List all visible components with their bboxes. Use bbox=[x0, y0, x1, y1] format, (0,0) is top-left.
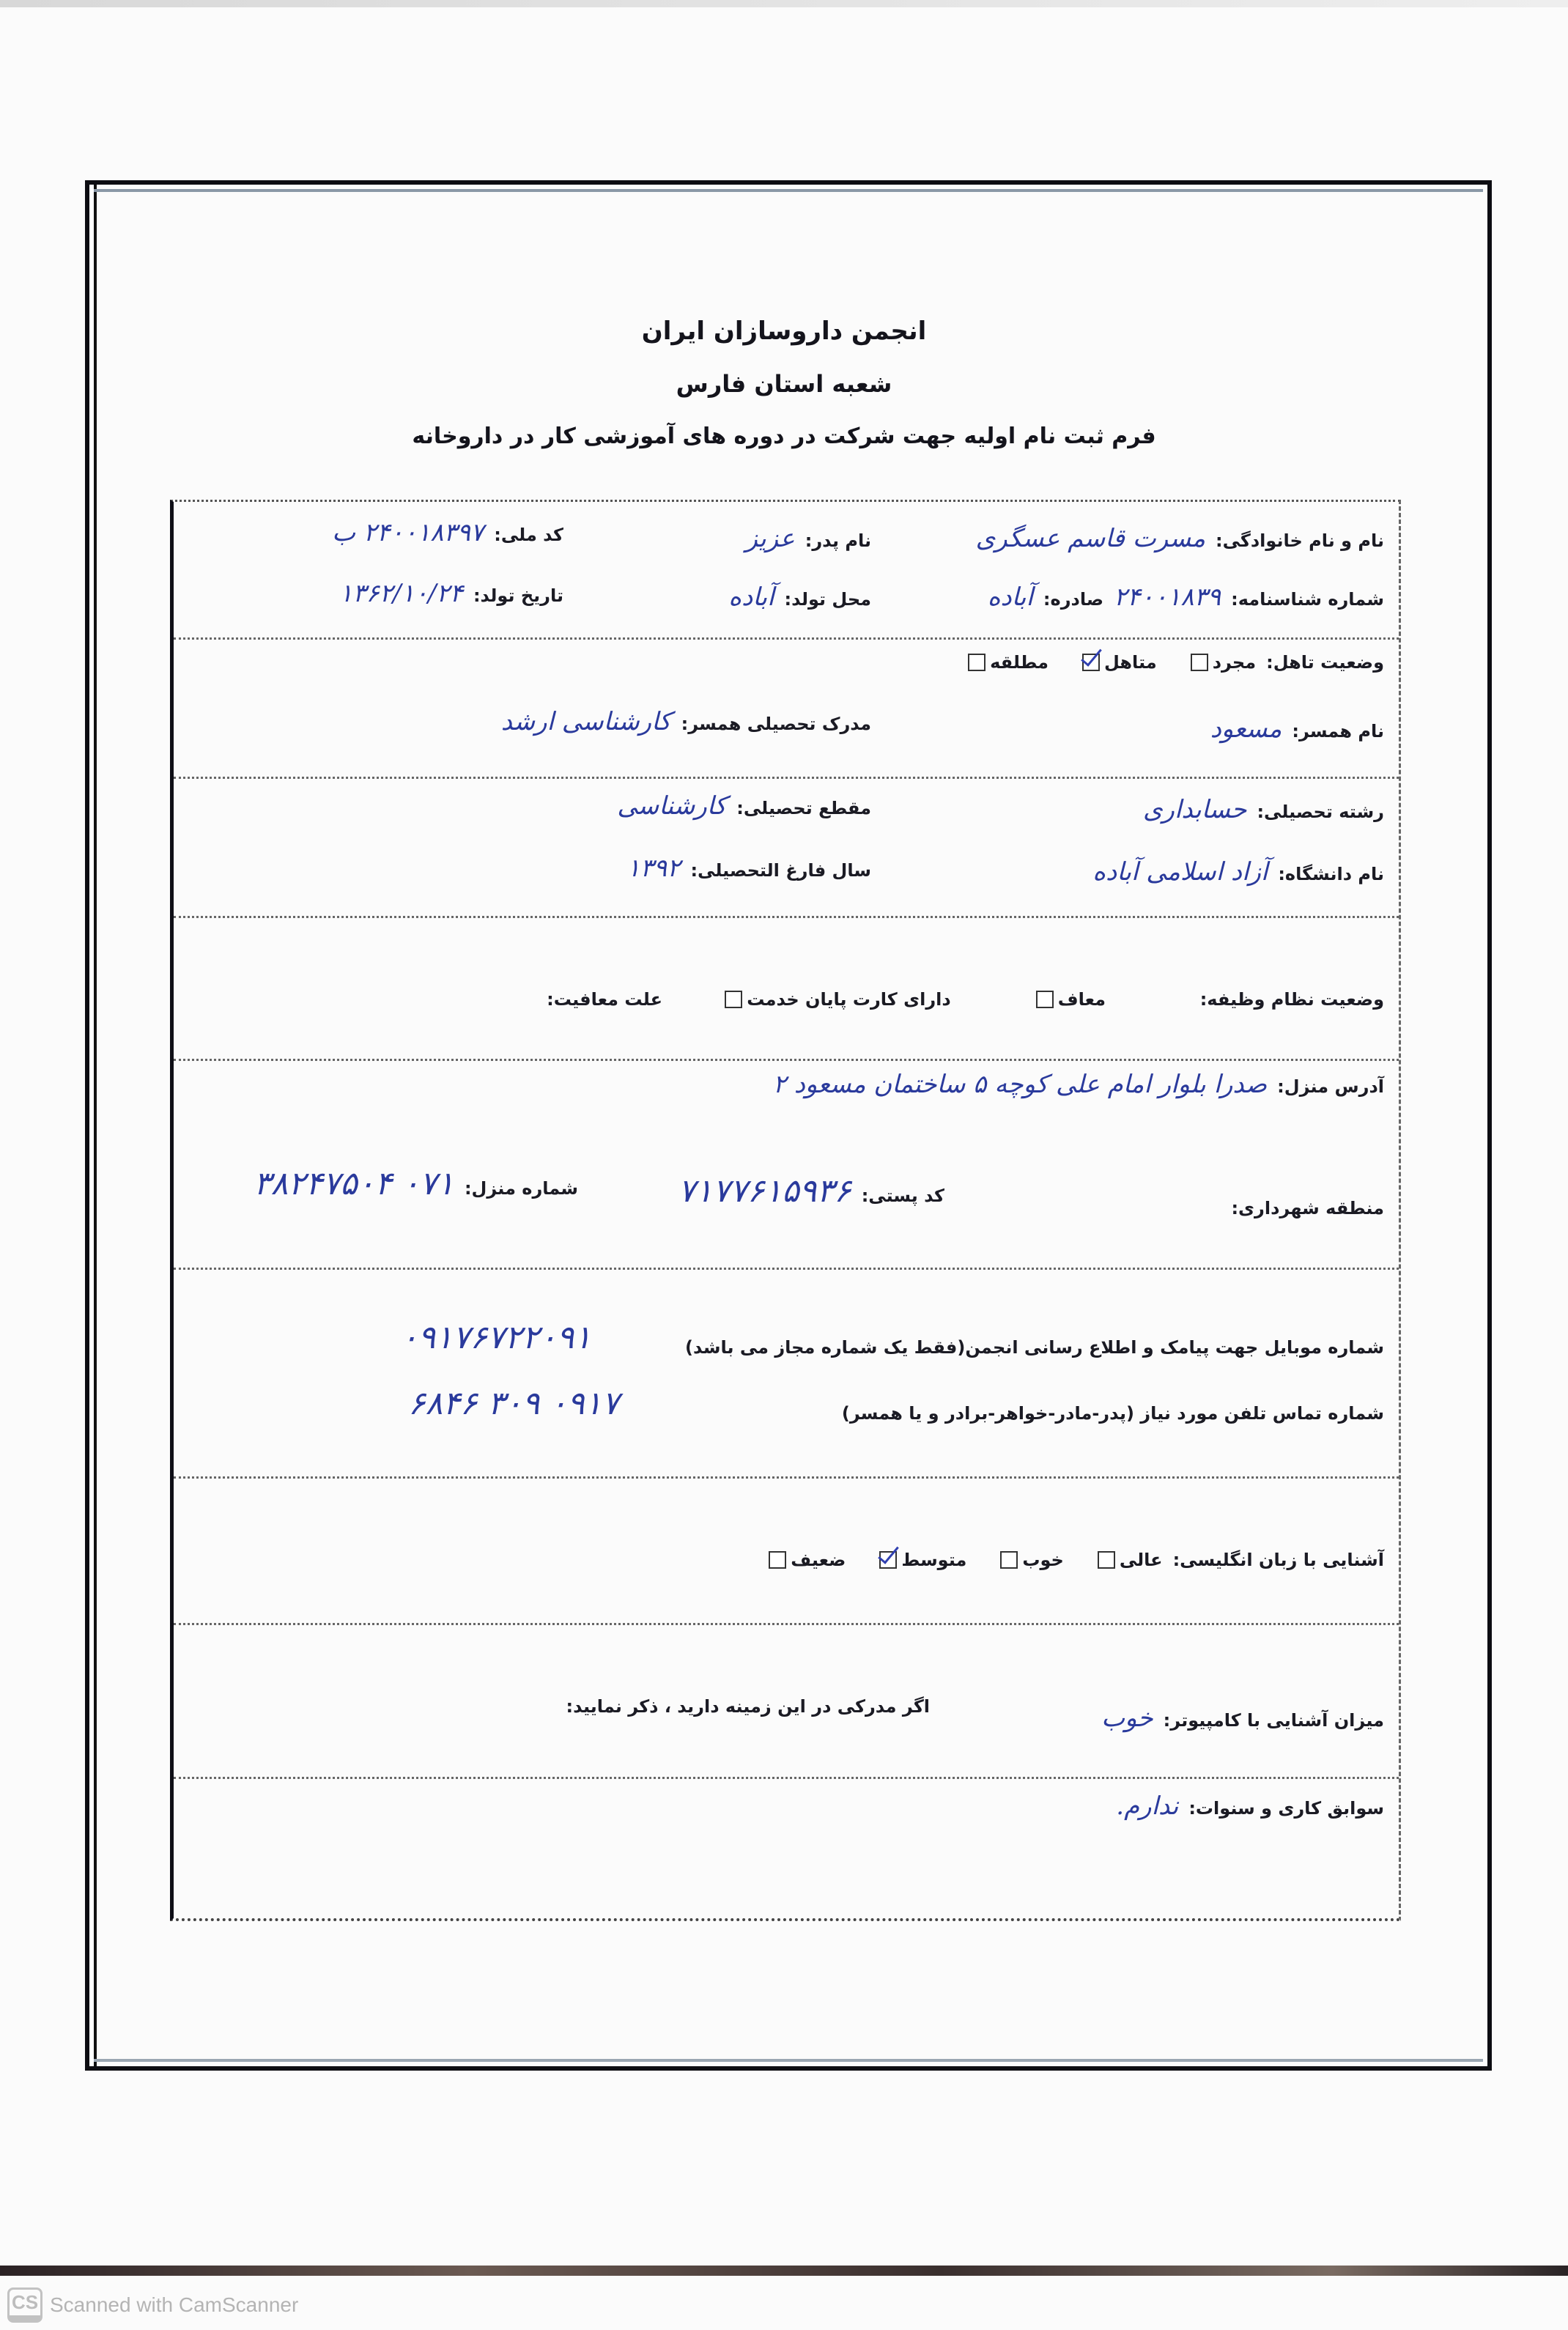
full-name-value: مسرت قاسم عسگری bbox=[976, 524, 1205, 553]
study-field-label: رشته تحصیلی: bbox=[1257, 802, 1384, 822]
field-municipal-zone: منطقه شهرداری: bbox=[1221, 1198, 1384, 1218]
field-home-phone: شماره منزل: ۰۷۱ ۳۸۲۴۷۵۰۴ bbox=[254, 1165, 578, 1202]
birth-date-value: ۱۳۶۲/۱۰/۲۴ bbox=[339, 579, 463, 608]
study-field-value: حسابداری bbox=[1143, 795, 1247, 824]
emergency-label: شماره تماس تلفن مورد نیاز (پدر-مادر-خواه… bbox=[842, 1403, 1384, 1424]
emergency-value: ۰۹۱۷ ۳۰۹ ۶۸۴۶ bbox=[408, 1385, 619, 1422]
study-level-value: کارشناسی bbox=[617, 791, 726, 821]
field-grad-year: سال فارغ التحصیلی: ۱۳۹۲ bbox=[626, 854, 871, 883]
camscanner-watermark: CS Scanned with CamScanner bbox=[7, 2288, 298, 2323]
field-birth-date: تاریخ تولد: ۱۳۶۲/۱۰/۲۴ bbox=[339, 579, 563, 608]
form-title: فرم ثبت نام اولیه جهت شرکت در دوره های آ… bbox=[0, 424, 1568, 449]
field-full-name: نام و نام خانوادگی: مسرت قاسم عسگری bbox=[976, 524, 1384, 553]
option-service-card[interactable]: دارای کارت پایان خدمت bbox=[720, 989, 951, 1010]
checkbox-married[interactable] bbox=[1082, 654, 1100, 671]
section-personal: نام و نام خانوادگی: مسرت قاسم عسگری نام … bbox=[174, 502, 1399, 640]
father-name-label: نام پدر: bbox=[805, 530, 871, 551]
option-good-label: خوب bbox=[1022, 1550, 1063, 1570]
option-average[interactable]: متوسط bbox=[875, 1550, 966, 1570]
spouse-degree-label: مدرک تحصیلی همسر: bbox=[681, 714, 871, 734]
spouse-name-value: مسعود bbox=[1210, 714, 1282, 744]
option-exempt[interactable]: معاف bbox=[1032, 989, 1106, 1010]
option-weak-label: ضعیف bbox=[791, 1550, 846, 1570]
field-mobile: شماره موبایل جهت پیامک و اطلاع رسانی انج… bbox=[685, 1337, 1384, 1358]
home-phone-value: ۰۷۱ ۳۸۲۴۷۵۰۴ bbox=[254, 1165, 454, 1202]
checkbox-divorced[interactable] bbox=[968, 654, 985, 671]
field-english: آشنایی با زبان انگلیسی: عالی خوب متوسط ض… bbox=[745, 1550, 1384, 1570]
field-military-status: وضعیت نظام وظیفه: bbox=[1200, 989, 1384, 1010]
section-address: آدرس منزل: صدرا بلوار امام علی کوچه ۵ سا… bbox=[174, 1059, 1399, 1270]
camscanner-logo-icon: CS bbox=[7, 2288, 42, 2323]
grad-year-value: ۱۳۹۲ bbox=[626, 854, 680, 883]
experience-label: سوابق کاری و سنوات: bbox=[1188, 1798, 1384, 1819]
field-birth-place: محل تولد: آباده bbox=[728, 582, 871, 612]
computer-certificate-label: اگر مدرکی در این زمینه دارید ، ذکر نمایی… bbox=[566, 1696, 930, 1717]
option-exempt-label: معاف bbox=[1058, 989, 1106, 1010]
spouse-degree-value: کارشناسی ارشد bbox=[501, 707, 671, 736]
form-box: نام و نام خانوادگی: مسرت قاسم عسگری نام … bbox=[170, 500, 1401, 1921]
field-emergency-value: ۰۹۱۷ ۳۰۹ ۶۸۴۶ bbox=[408, 1385, 619, 1422]
field-marital-status: وضعیت تاهل: مجرد متاهل مطلقه bbox=[944, 652, 1384, 673]
mobile-label: شماره موبایل جهت پیامک و اطلاع رسانی انج… bbox=[685, 1337, 1384, 1358]
section-contact: شماره موبایل جهت پیامک و اطلاع رسانی انج… bbox=[174, 1268, 1399, 1479]
experience-value: ندارم. bbox=[1116, 1791, 1178, 1821]
option-average-label: متوسط bbox=[901, 1550, 966, 1570]
checkbox-average[interactable] bbox=[879, 1551, 897, 1569]
full-name-label: نام و نام خانوادگی: bbox=[1216, 530, 1384, 551]
postal-code-value: ۷۱۷۷۶۱۵۹۳۶ bbox=[678, 1172, 851, 1210]
watermark-text: Scanned with CamScanner bbox=[50, 2293, 298, 2317]
organization-title: انجمن داروسازان ایران bbox=[0, 317, 1568, 346]
field-id-number: شماره شناسنامه: ۲۴۰۰۱۸۳۹ صادره: آباده bbox=[988, 582, 1384, 612]
field-exemption-reason: علت معافیت: bbox=[536, 989, 662, 1010]
section-education: رشته تحصیلی: حسابداری مقطع تحصیلی: کارشن… bbox=[174, 777, 1399, 918]
field-emergency: شماره تماس تلفن مورد نیاز (پدر-مادر-خواه… bbox=[842, 1403, 1384, 1424]
checkbox-weak[interactable] bbox=[769, 1551, 786, 1569]
field-experience: سوابق کاری و سنوات: ندارم. bbox=[1116, 1791, 1384, 1821]
birth-place-label: محل تولد: bbox=[785, 589, 871, 610]
checkbox-exempt[interactable] bbox=[1036, 991, 1054, 1008]
field-postal-code: کد پستی: ۷۱۷۷۶۱۵۹۳۶ bbox=[678, 1172, 944, 1210]
section-marital: وضعیت تاهل: مجرد متاهل مطلقه نام همسر: م… bbox=[174, 637, 1399, 779]
checkbox-service-card[interactable] bbox=[725, 991, 742, 1008]
national-id-value: ۲۴۰۰۱۸۳۹۷ ب bbox=[332, 518, 484, 547]
university-value: آزاد اسلامی آباده bbox=[1092, 857, 1268, 887]
field-home-address: آدرس منزل: صدرا بلوار امام علی کوچه ۵ سا… bbox=[773, 1070, 1384, 1099]
option-good[interactable]: خوب bbox=[996, 1550, 1063, 1570]
checkbox-single[interactable] bbox=[1191, 654, 1208, 671]
section-experience: سوابق کاری و سنوات: ندارم. bbox=[174, 1777, 1399, 1923]
field-spouse-name: نام همسر: مسعود bbox=[1210, 714, 1384, 744]
checkbox-good[interactable] bbox=[1000, 1551, 1018, 1569]
option-service-card-label: دارای کارت پایان خدمت bbox=[747, 989, 951, 1010]
option-divorced-label: مطلقه bbox=[990, 652, 1049, 673]
option-divorced[interactable]: مطلقه bbox=[964, 652, 1049, 673]
scan-bottom-edge bbox=[0, 2266, 1568, 2276]
birth-place-value: آباده bbox=[728, 582, 774, 612]
field-father-name: نام پدر: عزیز bbox=[745, 524, 871, 553]
checkbox-excellent[interactable] bbox=[1098, 1551, 1115, 1569]
field-computer-certificate: اگر مدرکی در این زمینه دارید ، ذکر نمایی… bbox=[556, 1696, 930, 1717]
section-military: وضعیت نظام وظیفه: معاف دارای کارت پایان … bbox=[174, 916, 1399, 1061]
study-level-label: مقطع تحصیلی: bbox=[736, 798, 871, 818]
field-national-id: کد ملی: ۲۴۰۰۱۸۳۹۷ ب bbox=[332, 518, 563, 547]
option-excellent[interactable]: عالی bbox=[1093, 1550, 1163, 1570]
field-military-options: معاف دارای کارت پایان خدمت bbox=[701, 989, 1106, 1010]
home-phone-label: شماره منزل: bbox=[465, 1178, 578, 1199]
branch-title: شعبه استان فارس bbox=[0, 370, 1568, 398]
option-excellent-label: عالی bbox=[1120, 1550, 1163, 1570]
english-label: آشنایی با زبان انگلیسی: bbox=[1173, 1550, 1384, 1570]
postal-code-label: کد پستی: bbox=[862, 1186, 944, 1206]
issue-place-value: آباده bbox=[988, 582, 1033, 612]
option-married-label: متاهل bbox=[1104, 652, 1157, 673]
field-computer: میزان آشنایی با کامپیوتر: خوب bbox=[1101, 1704, 1384, 1733]
section-english: آشنایی با زبان انگلیسی: عالی خوب متوسط ض… bbox=[174, 1476, 1399, 1625]
field-mobile-value: ۰۹۱۷۶۷۲۲۰۹۱ bbox=[401, 1319, 591, 1356]
exemption-reason-label: علت معافیت: bbox=[547, 989, 662, 1010]
mobile-value: ۰۹۱۷۶۷۲۲۰۹۱ bbox=[401, 1319, 591, 1356]
computer-label: میزان آشنایی با کامپیوتر: bbox=[1164, 1710, 1384, 1731]
university-label: نام دانشگاه: bbox=[1278, 864, 1384, 884]
option-single[interactable]: مجرد bbox=[1186, 652, 1256, 673]
spouse-name-label: نام همسر: bbox=[1292, 721, 1384, 741]
field-study-field: رشته تحصیلی: حسابداری bbox=[1143, 795, 1384, 824]
home-address-value: صدرا بلوار امام علی کوچه ۵ ساختمان مسعود… bbox=[773, 1070, 1267, 1099]
field-spouse-degree: مدرک تحصیلی همسر: کارشناسی ارشد bbox=[501, 707, 871, 736]
marital-status-label: وضعیت تاهل: bbox=[1266, 652, 1384, 673]
municipal-zone-label: منطقه شهرداری: bbox=[1231, 1198, 1384, 1218]
issue-place-label: صادره: bbox=[1043, 589, 1103, 610]
field-study-level: مقطع تحصیلی: کارشناسی bbox=[617, 791, 871, 821]
computer-value: خوب bbox=[1101, 1704, 1153, 1733]
id-number-value: ۲۴۰۰۱۸۳۹ bbox=[1114, 582, 1221, 612]
option-single-label: مجرد bbox=[1213, 652, 1256, 673]
grad-year-label: سال فارغ التحصیلی: bbox=[690, 860, 871, 881]
field-university: نام دانشگاه: آزاد اسلامی آباده bbox=[1092, 857, 1384, 887]
father-name-value: عزیز bbox=[745, 524, 794, 553]
option-weak[interactable]: ضعیف bbox=[764, 1550, 846, 1570]
military-status-label: وضعیت نظام وظیفه: bbox=[1200, 989, 1384, 1010]
id-number-label: شماره شناسنامه: bbox=[1231, 589, 1384, 610]
home-address-label: آدرس منزل: bbox=[1277, 1076, 1384, 1097]
birth-date-label: تاریخ تولد: bbox=[473, 585, 563, 606]
scan-top-edge bbox=[0, 0, 1568, 7]
national-id-label: کد ملی: bbox=[494, 525, 563, 545]
section-computer: میزان آشنایی با کامپیوتر: خوب اگر مدرکی … bbox=[174, 1623, 1399, 1779]
option-married[interactable]: متاهل bbox=[1078, 652, 1157, 673]
